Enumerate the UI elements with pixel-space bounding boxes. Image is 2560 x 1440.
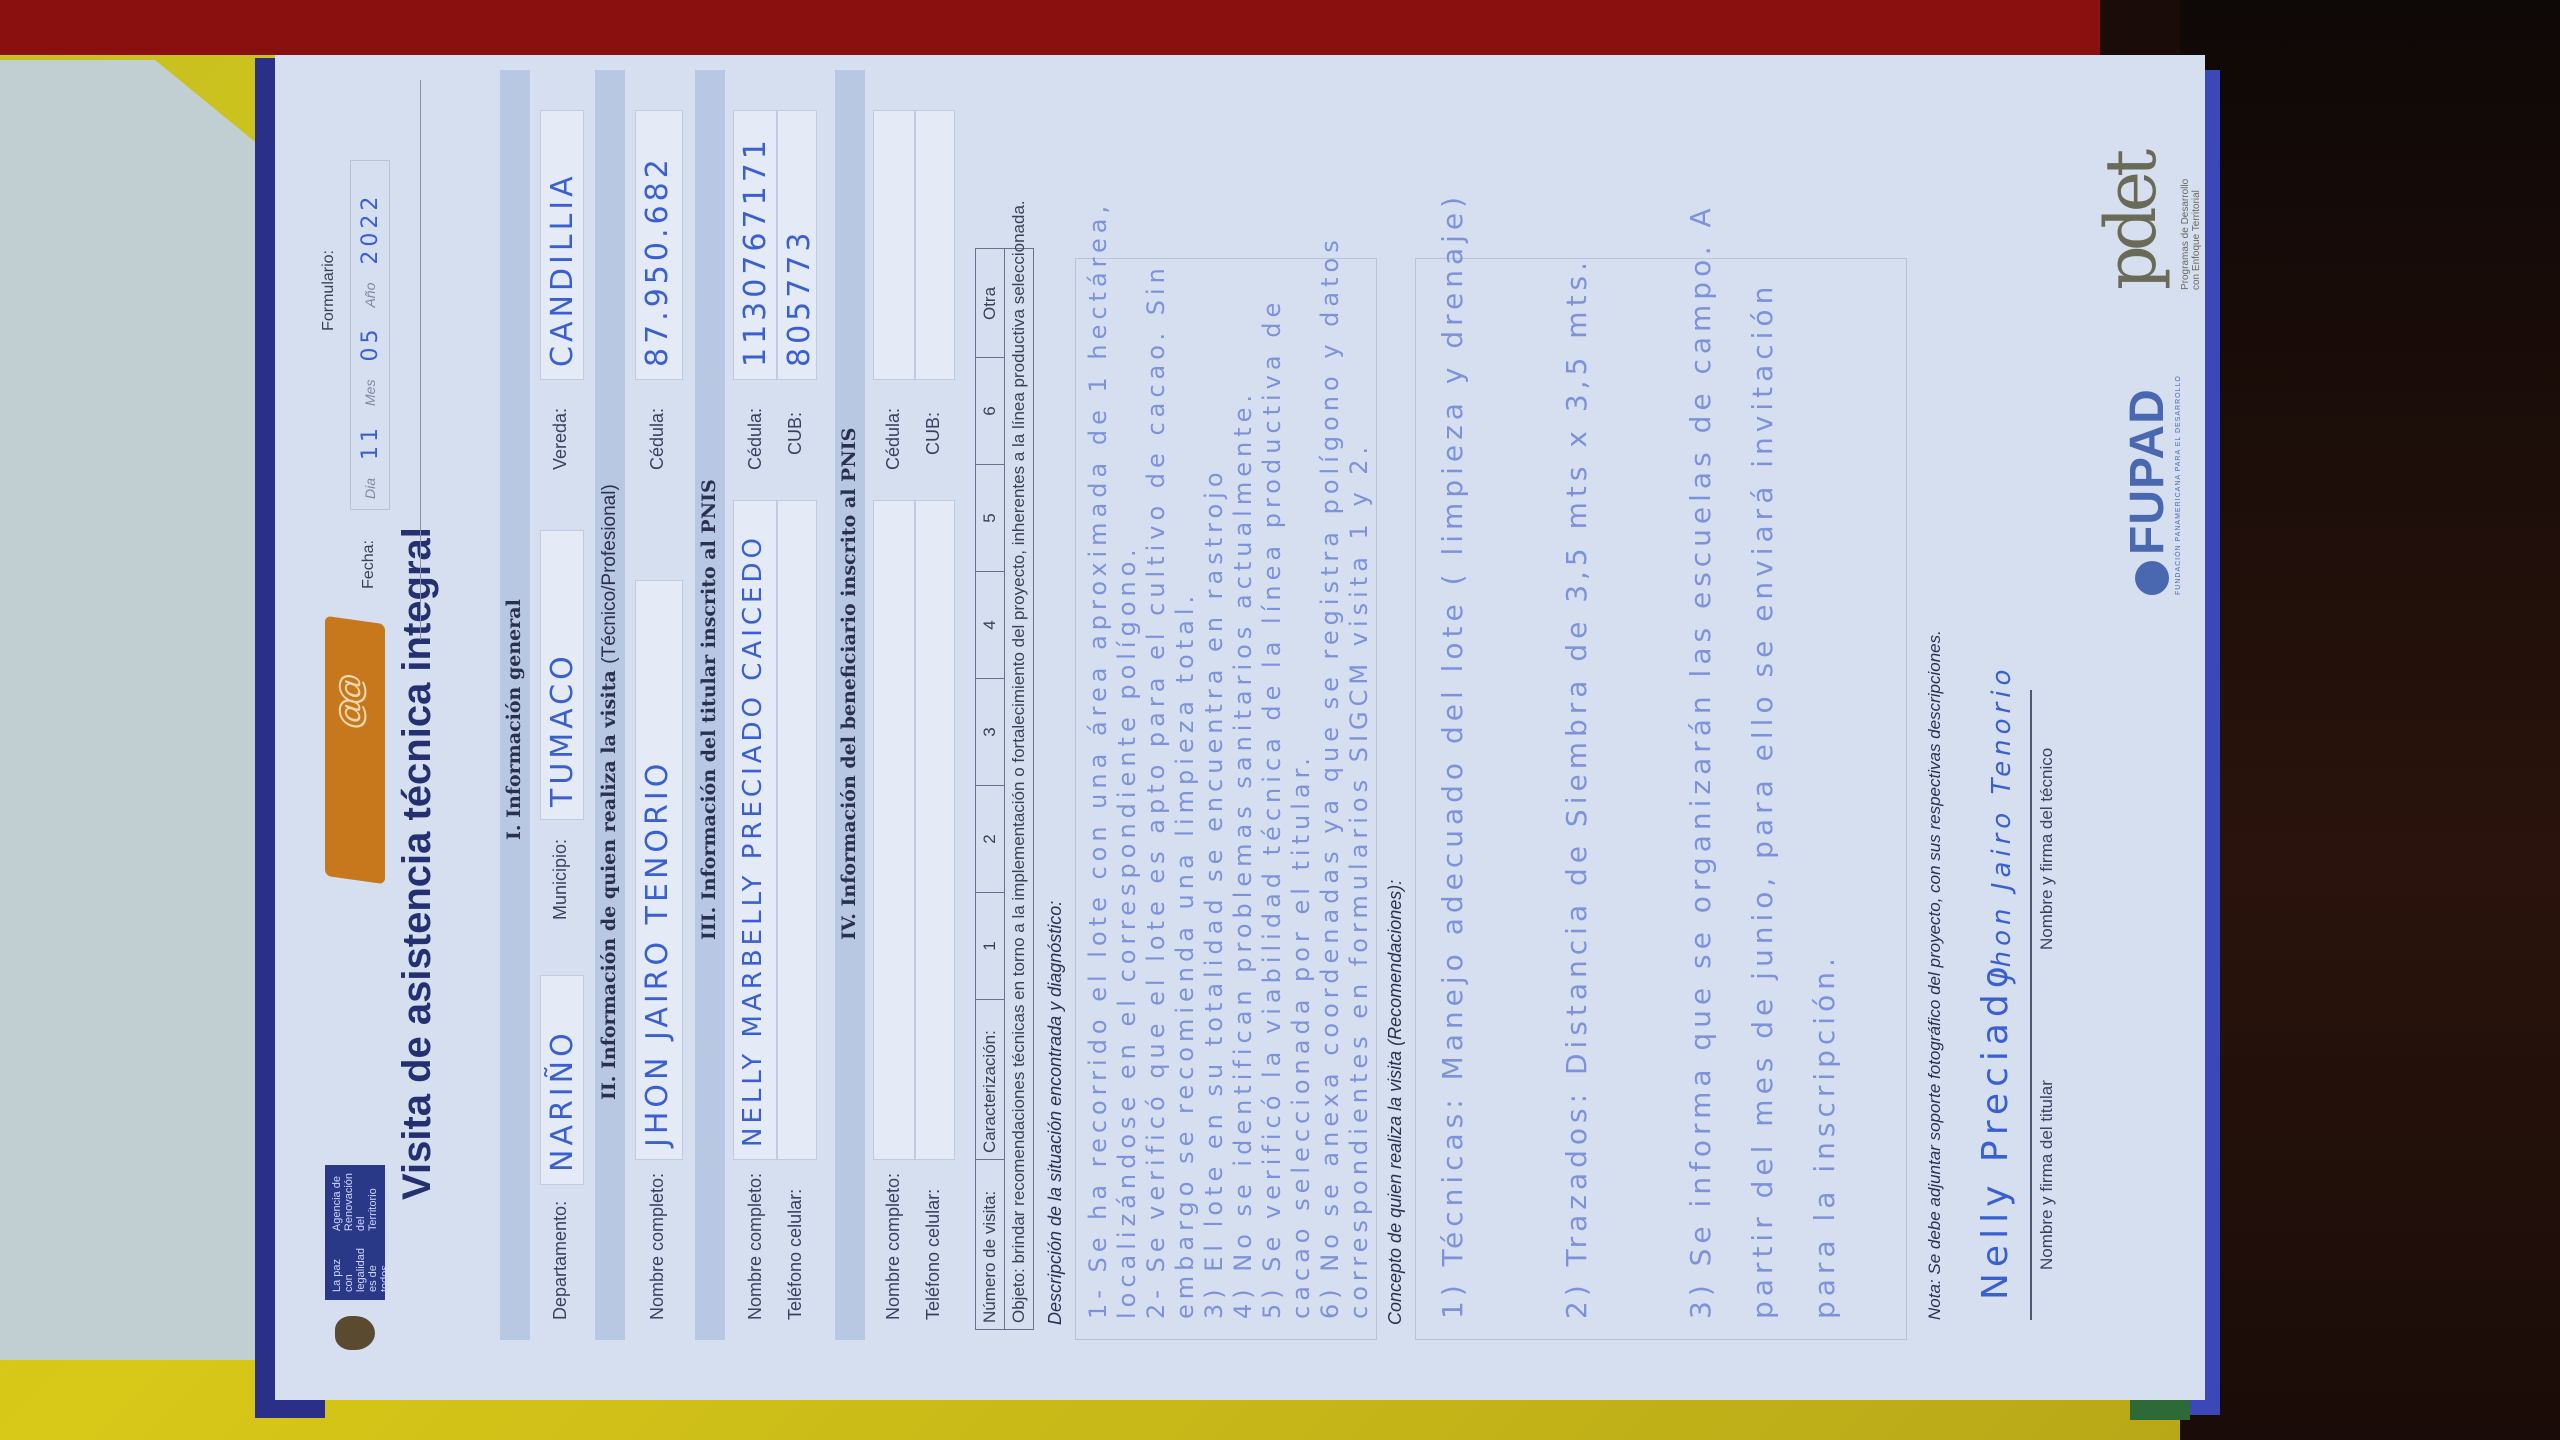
titular-nombre-field[interactable]: NELLY MARBELLY PRECIADO CAICEDO (733, 500, 777, 1160)
beneficiario-cub-field[interactable] (915, 110, 955, 380)
beneficiario-cedula-label: Cédula: (883, 408, 904, 470)
section-1-title: I. Información general (503, 599, 525, 840)
handwritten-line: 3) El lote en su totalidad se encuentra … (1200, 467, 1228, 1319)
section-3-title: III. Información del titular inscrito al… (698, 479, 720, 940)
titular-cedula-label: Cédula: (745, 408, 766, 470)
municipio-field[interactable]: TUMACO (540, 530, 584, 820)
numero-visita-label: Número de visita: (976, 1159, 1004, 1329)
caracterizacion-option[interactable]: 4 (976, 571, 1004, 678)
handwritten-line: 2- Se verificó que el lote es apto para … (1142, 263, 1170, 1319)
beneficiario-nombre-field[interactable] (873, 500, 915, 1160)
dia-value: 11 (358, 424, 383, 460)
departamento-label: Departamento: (550, 1201, 571, 1320)
mes-value: 05 (358, 326, 383, 362)
handwritten-line: localizándose en el correspondiente polí… (1113, 544, 1141, 1319)
handwritten-line: 1) Técnicas: Manejo adecuado del lote ( … (1436, 192, 1469, 1319)
caracterizacion-option[interactable]: 1 (976, 892, 1004, 999)
tecnico-signature-label: Nombre y firma del técnico (2037, 748, 2057, 950)
tecnico-cedula-label: Cédula: (647, 408, 668, 470)
form-header: La paz con legalidad es de todos Agencia… (305, 70, 495, 1360)
background-fabric-red (0, 0, 2100, 60)
concepto-area[interactable]: 1) Técnicas: Manejo adecuado del lote ( … (1415, 258, 1907, 1340)
handwritten-line: 6) No se anexa coordenadas ya que se reg… (1316, 235, 1344, 1319)
handwritten-line: 5) Se verificó la viabilidad técnica de … (1258, 298, 1286, 1319)
visit-table: Número de visita: Caracterización: 1 2 3… (975, 248, 1034, 1330)
agency-name: Agencia de Renovación del Territorio (331, 1173, 379, 1231)
titular-signature-line[interactable] (2030, 1000, 2032, 1320)
section-4-title: IV. Información del beneficiario inscrit… (838, 428, 860, 940)
caracterizacion-option[interactable]: 5 (976, 464, 1004, 571)
colombia-crest-icon (335, 1316, 375, 1350)
objeto-row: Objeto: brindar recomendaciones técnicas… (1005, 249, 1033, 1329)
caracterizacion-option[interactable]: 2 (976, 785, 1004, 892)
beneficiario-telefono-label: Teléfono celular: (923, 1189, 944, 1320)
handwritten-line: embargo se recomienda una limpieza total… (1171, 591, 1199, 1319)
background-dark (2180, 0, 2560, 1440)
titular-cedula-field[interactable]: 1130767171 (733, 110, 777, 380)
formulario-label: Formulario: (320, 250, 338, 331)
visit-row: Número de visita: Caracterización: 1 2 3… (976, 249, 1005, 1329)
titular-nombre-label: Nombre completo: (745, 1173, 766, 1320)
pdet-subtitle: Programas de Desarrollo con Enfoque Terr… (2180, 179, 2202, 290)
concepto-heading: Concepto de quien realiza la visita (Rec… (1385, 880, 1406, 1325)
vereda-label: Vereda: (550, 408, 571, 470)
titular-signature-label: Nombre y firma del titular (2037, 1080, 2057, 1270)
beneficiario-nombre-label: Nombre completo: (883, 1173, 904, 1320)
tecnico-cedula-field[interactable]: 87.950.682 (635, 110, 683, 380)
municipio-label: Municipio: (550, 839, 571, 920)
caracterizacion-option[interactable]: Otra (976, 250, 1004, 357)
fecha-label: Fecha: (360, 540, 378, 589)
form-sheet: La paz con legalidad es de todos Agencia… (275, 55, 2205, 1400)
brand-slogan: La paz con legalidad es de todos (331, 1241, 379, 1292)
titular-telefono-label: Teléfono celular: (785, 1189, 806, 1320)
objeto-text: Objeto: brindar recomendaciones técnicas… (1009, 200, 1029, 1329)
title-rule (420, 80, 421, 640)
vereda-field[interactable]: CANDILLIA (540, 110, 584, 380)
beneficiario-cub-label: CUB: (923, 412, 944, 455)
titular-telefono-field[interactable] (777, 500, 817, 1160)
tecnico-nombre-label: Nombre completo: (647, 1173, 668, 1320)
tecnico-nombre-field[interactable]: JHON JAIRO TENORIO (635, 580, 683, 1160)
handwritten-line: partir del mes de junio, para ello se en… (1746, 282, 1779, 1319)
handwritten-line: correspondientes en formularios SIGCM vi… (1345, 442, 1373, 1319)
caracterizacion-option[interactable]: 3 (976, 678, 1004, 785)
titular-cub-field[interactable]: 805773 (777, 110, 817, 380)
caracterizacion-label: Caracterización: (976, 999, 1004, 1159)
descripcion-area[interactable]: 1- Se ha recorrido el lote con una área … (1075, 258, 1377, 1340)
beneficiario-telefono-field[interactable] (915, 500, 955, 1160)
titular-cub-label: CUB: (785, 412, 806, 455)
art-logo-icon (325, 616, 385, 884)
tecnico-signature-line[interactable] (2030, 690, 2032, 1000)
ano-value: 2022 (358, 193, 383, 265)
caracterizacion-option[interactable]: 6 (976, 357, 1004, 464)
section-2-title: II. Información de quien realiza la visi… (598, 484, 621, 1100)
handwritten-line: para la inscripción. (1808, 953, 1841, 1319)
departamento-field[interactable]: NARIÑO (540, 975, 584, 1185)
handwritten-line: 2) Trazados: Distancia de Siembra de 3,5… (1560, 257, 1593, 1319)
fecha-field[interactable]: Dia11 Mes05 Año2022 (350, 160, 390, 510)
handwritten-line: cacao seleccionada por el titular. (1287, 753, 1315, 1319)
fupad-logo: FUPAD (2120, 388, 2175, 555)
handwritten-line: 4) No se identifican problemas sanitario… (1229, 390, 1257, 1319)
pdet-logo: pdet (2090, 155, 2172, 290)
fupad-globe-icon (2135, 561, 2169, 595)
government-brand: La paz con legalidad es de todos Agencia… (325, 1165, 385, 1300)
beneficiario-cedula-field[interactable] (873, 110, 915, 380)
titular-signature: Nelly Preciado (1975, 960, 2016, 1300)
handwritten-line: 3) Se informa que se organizarán las esc… (1684, 203, 1717, 1319)
handwritten-line: 1- Se ha recorrido el lote con una área … (1084, 201, 1112, 1319)
tecnico-signature: Jhon Jairo Tenorio (1987, 665, 2017, 980)
nota-text: Nota: Se debe adjuntar soporte fotográfi… (1925, 630, 1945, 1320)
page-title: Visita de asistencia técnica integral (395, 527, 440, 1200)
descripcion-heading: Descripción de la situación encontrada y… (1045, 901, 1066, 1325)
notebook-page (0, 60, 265, 1360)
fupad-subtitle: FUNDACIÓN PANAMERICANA PARA EL DESARROLL… (2175, 375, 2182, 595)
